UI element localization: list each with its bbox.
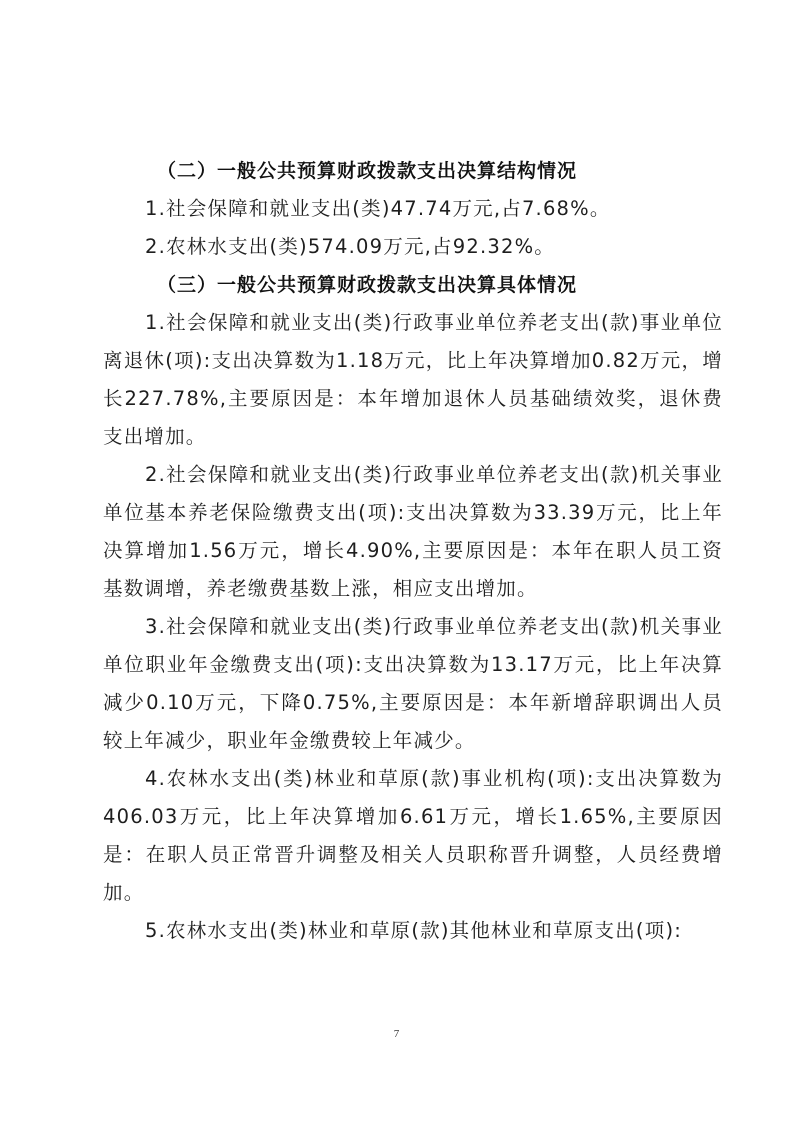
detail-item-other-forestry: 5.农林水支出(类)林业和草原(款)其他林业和草原支出(项):	[103, 912, 723, 950]
detail-item-retirement: 1.社会保障和就业支出(类)行政事业单位养老支出(款)事业单位离退休(项):支出…	[103, 304, 723, 456]
section-heading-details: （三）一般公共预算财政拨款支出决算具体情况	[103, 266, 723, 304]
detail-item-occupational-annuity: 3.社会保障和就业支出(类)行政事业单位养老支出(款)机关事业单位职业年金缴费支…	[103, 608, 723, 760]
structure-item-agriculture: 2.农林水支出(类)574.09万元,占92.32%。	[103, 228, 723, 266]
detail-item-pension-insurance: 2.社会保障和就业支出(类)行政事业单位养老支出(款)机关事业单位基本养老保险缴…	[103, 456, 723, 608]
page-number: 7	[0, 1028, 793, 1040]
section-heading-structure: （二）一般公共预算财政拨款支出决算结构情况	[103, 152, 723, 190]
structure-item-social-security: 1.社会保障和就业支出(类)47.74万元,占7.68%。	[103, 190, 723, 228]
detail-item-forestry-institution: 4.农林水支出(类)林业和草原(款)事业机构(项):支出决算数为406.03万元…	[103, 760, 723, 912]
document-page: （二）一般公共预算财政拨款支出决算结构情况 1.社会保障和就业支出(类)47.7…	[0, 0, 793, 1122]
document-body: （二）一般公共预算财政拨款支出决算结构情况 1.社会保障和就业支出(类)47.7…	[103, 152, 723, 950]
